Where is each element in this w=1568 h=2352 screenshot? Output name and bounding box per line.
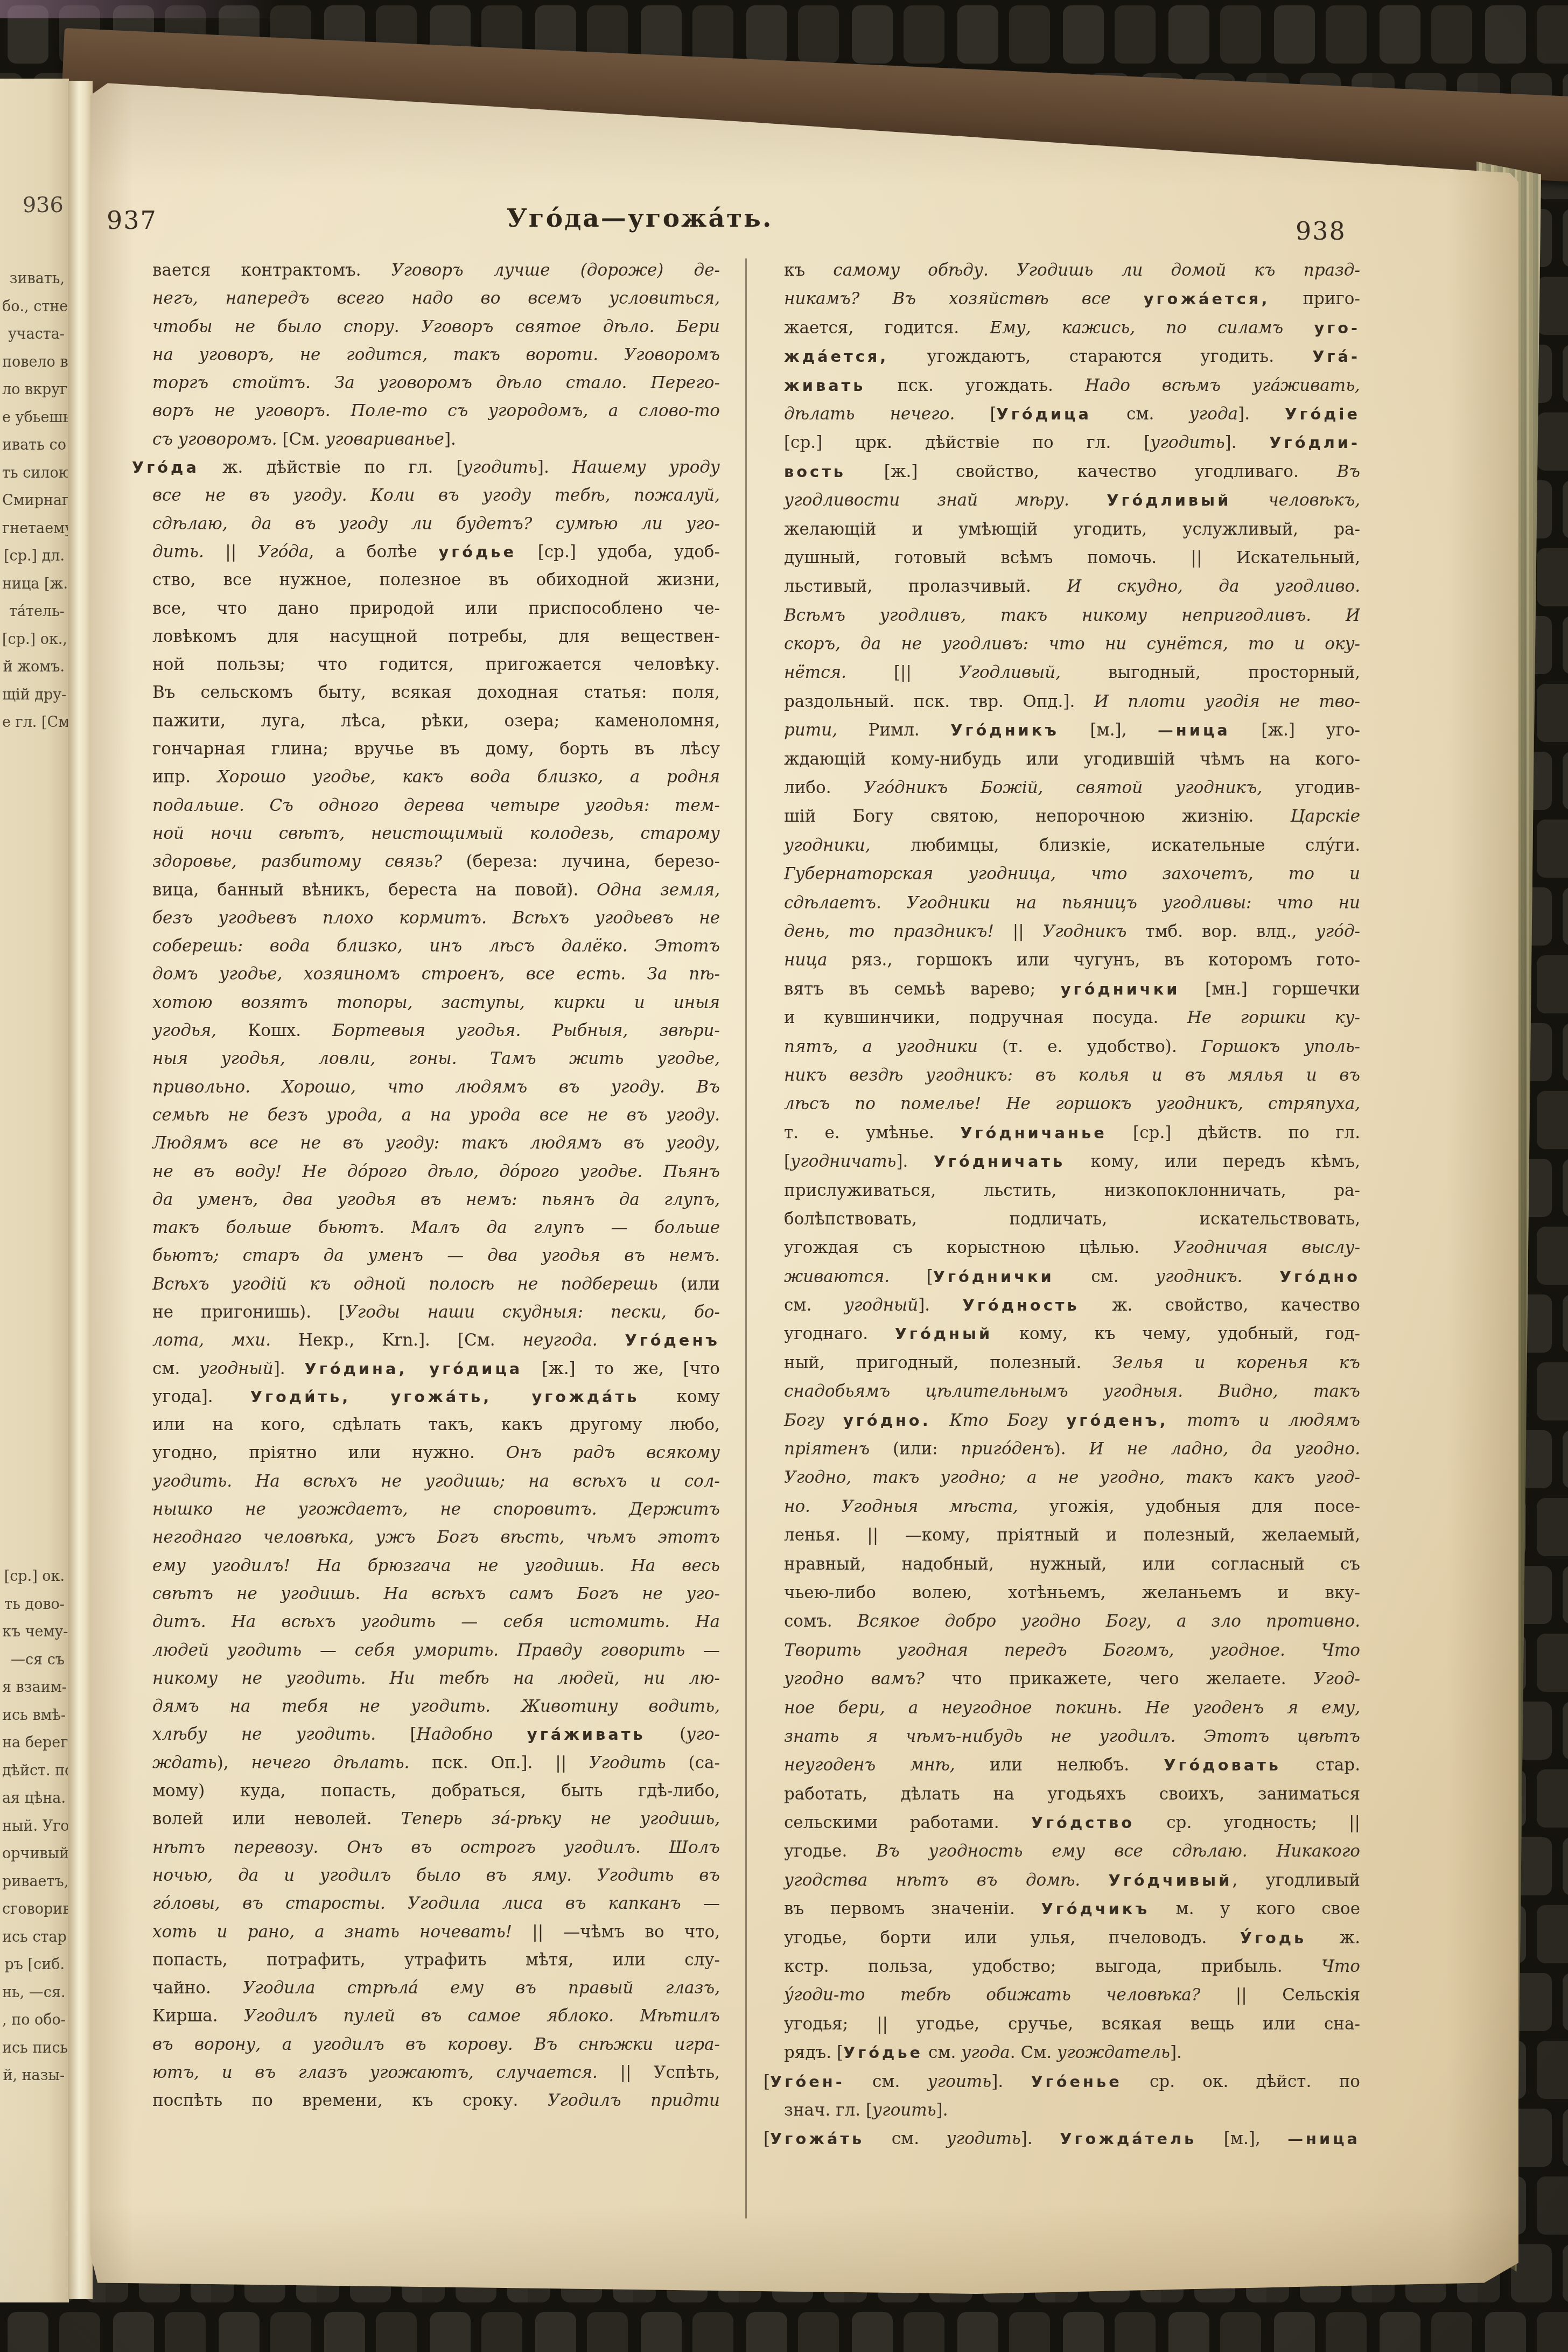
text-line: въ ворону, а угодилъ въ корову. Въ снѣжк… xyxy=(132,2031,720,2059)
facing-text-fragment: , по обо- xyxy=(2,2006,69,2034)
text-segment: хоть и рано, а знать ночевать! xyxy=(152,1922,512,1942)
text-segment: Зелья и коренья къ xyxy=(1112,1353,1360,1373)
text-segment: пажити, луга, лѣса, рѣки, озера; каменол… xyxy=(152,711,720,731)
text-line: либо. Уго́дникъ Божій, святой угодникъ, … xyxy=(764,774,1360,802)
text-segment: дямъ на тебя не угодить. Животину водить… xyxy=(152,1697,720,1716)
text-segment: Угожа́ть xyxy=(770,2130,864,2148)
text-segment: съ уговоромъ. xyxy=(152,430,277,449)
text-segment: ]. xyxy=(274,1359,305,1378)
text-segment: ]. xyxy=(918,1296,962,1315)
text-segment: угодить xyxy=(463,458,537,477)
text-line: т. е. умѣнье. Уго́дничанье [ср.] дѣйств.… xyxy=(764,1119,1360,1147)
text-line: сельскими работами. Уго́дство ср. угодно… xyxy=(764,1809,1360,1837)
text-line: кстр. польза, удобство; выгода, прибыль.… xyxy=(764,1952,1360,1981)
text-line: волей или неволей. Теперь за́-рѣку не уг… xyxy=(132,1805,720,1833)
text-segment: приго́денъ xyxy=(961,1439,1054,1459)
text-segment: ница xyxy=(784,950,828,970)
text-line: никому не угодить. Ни тебѣ на людей, ни … xyxy=(132,1664,720,1692)
text-segment: къ xyxy=(784,261,833,280)
text-line: угодья; || угодье, сручье, всякая вещь и… xyxy=(764,2010,1360,2039)
text-line: гончарная глина; вручье въ дому, борть в… xyxy=(132,735,720,763)
text-segment: угодье. xyxy=(784,1842,876,1861)
facing-text-fragment: зивать, xyxy=(2,265,69,293)
text-line: рити, Римл. Уго́дникъ [м.], —ница [ж.] у… xyxy=(764,716,1360,745)
text-line: душный, готовый всѣмъ помочь. || Искател… xyxy=(764,544,1360,572)
text-segment: угождатель xyxy=(1057,2043,1170,2062)
text-segment: лота, мхи. xyxy=(152,1331,271,1350)
text-segment: , а болѣе xyxy=(309,542,439,562)
text-segment: ной ночи свѣтъ, неистощимый колодезь, ст… xyxy=(152,824,720,843)
text-segment: угодничать xyxy=(790,1152,896,1171)
text-segment: ленья. || —кому, пріятный и полезный, же… xyxy=(784,1525,1360,1545)
text-segment: и кувшинчики, подручная посуда. xyxy=(784,1008,1187,1027)
text-segment: угождая съ корыстною цѣлью. xyxy=(784,1238,1173,1257)
text-segment: угодный xyxy=(844,1296,919,1315)
text-segment: угодно, пріятно или нужно. xyxy=(152,1443,506,1462)
text-segment: день, то праздникъ! xyxy=(784,922,994,941)
text-line: сдѣлаю, да въ угоду ли будетъ? сумѣю ли … xyxy=(132,510,720,538)
text-segment: угода]. xyxy=(152,1387,250,1406)
text-segment: угодить xyxy=(947,2129,1021,2148)
text-segment: или на кого, сдѣлать такъ, какъ другому … xyxy=(152,1415,720,1434)
text-line: пажити, луга, лѣса, рѣки, озера; каменол… xyxy=(132,707,720,735)
text-segment: Уго́дина, уго́дица xyxy=(304,1360,522,1378)
text-segment: да уменъ, два угодья въ немъ: пьянъ да г… xyxy=(152,1190,720,1209)
facing-text-fragment: ло вкругъ xyxy=(2,376,69,404)
facing-text-fragment: ивать со xyxy=(2,431,69,459)
text-segment: ждать xyxy=(152,1753,217,1773)
text-line: все не въ угоду. Коли въ угоду тебѣ, пож… xyxy=(132,481,720,509)
text-segment: что прикажете, чего желаете. xyxy=(925,1669,1313,1689)
text-line: вость [ж.] свойство, качество угодливаго… xyxy=(764,458,1360,486)
text-line: нѣтъ перевозу. Онъ въ острогъ угодилъ. Ш… xyxy=(132,1833,720,1861)
facing-text-fragment: дѣйст. по xyxy=(2,1757,69,1785)
text-line: дѣлать нечего. [Уго́дица см. угода]. Уго… xyxy=(764,400,1360,429)
text-segment: Бортевыя угодья. Рыбныя, звѣри- xyxy=(332,1021,720,1040)
text-segment: У́годь xyxy=(1240,1929,1307,1947)
text-line: день, то праздникъ! || Угодникъ тмб. вор… xyxy=(764,918,1360,946)
text-segment: м. у кого свое xyxy=(1150,1899,1360,1919)
text-segment: (береза: лучина, березо- xyxy=(442,852,720,871)
text-line: Губернаторская угодница, что захочетъ, т… xyxy=(764,860,1360,888)
text-segment: [ж.] уго- xyxy=(1230,720,1360,740)
text-line: хотою возятъ топоры, заступы, кирки и ин… xyxy=(132,989,720,1017)
text-segment: ). xyxy=(1054,1439,1089,1459)
text-segment: чьею-либо волею, хотѣньемъ, желаньемъ и … xyxy=(784,1583,1360,1602)
column-divider xyxy=(745,258,747,2218)
text-line: свѣтъ не угодишь. На всѣхъ самъ Богъ не … xyxy=(132,1580,720,1608)
text-line: Богу уго́дно. Кто Богу уго́денъ, тотъ и … xyxy=(764,1406,1360,1435)
text-segment: Некр., Krn.]. [См. xyxy=(271,1331,522,1350)
text-segment: раздольный. пск. твр. Опд.]. xyxy=(784,692,1094,711)
text-segment: Уго́дица xyxy=(997,405,1091,423)
text-line: нётся. [|| Угодливый, выгодный, просторн… xyxy=(764,659,1360,687)
text-segment: ство, все нужное, полезное въ обиходной … xyxy=(152,570,720,590)
text-line: не въ воду! Не до́рого дѣло, до́рого уго… xyxy=(132,1158,720,1186)
text-segment: Уго́да xyxy=(132,458,199,477)
text-segment xyxy=(1080,1871,1108,1890)
facing-text-fragment: й жомъ. xyxy=(2,653,69,681)
text-line: вятъ въ семьѣ варево; уго́днички [мн.] г… xyxy=(764,975,1360,1004)
text-line: ное бери, а неугодное покинь. Не угоденъ… xyxy=(764,1694,1360,1723)
text-segment: неугоденъ мнѣ, xyxy=(784,1755,955,1775)
text-segment: , угодливый xyxy=(1232,1871,1360,1890)
text-segment: угожа́ется, xyxy=(1144,290,1270,308)
text-segment: торгъ стойтъ. За уговоромъ дѣло стало. П… xyxy=(152,373,720,393)
text-segment: никому не угодить. Ни тебѣ на людей, ни … xyxy=(152,1669,720,1688)
text-line: попасть, потрафить, утрафить мѣтя, или с… xyxy=(132,1946,720,1974)
text-line: привольно. Хорошо, что людямъ въ угоду. … xyxy=(132,1073,720,1101)
text-line: но. Угодныя мѣста, угожія, удобныя для п… xyxy=(764,1493,1360,1521)
text-segment: стар. xyxy=(1281,1755,1360,1775)
text-segment: Уго́дли- xyxy=(1269,433,1360,452)
text-segment: || xyxy=(994,922,1043,941)
text-segment: Хорошо угодье, какъ вода близко, а родня xyxy=(218,767,720,787)
text-line: [Угожа́ть см. угодить]. Угожда́тель [м.]… xyxy=(764,2125,1360,2153)
text-segment xyxy=(493,1725,527,1744)
text-line: Людямъ все не въ угоду: такъ людямъ въ у… xyxy=(132,1129,720,1157)
text-segment: снадобьямъ цѣлительнымъ угодныя. Видно, … xyxy=(784,1382,1360,1401)
text-segment xyxy=(1048,1411,1067,1430)
text-segment: вятъ въ семьѣ варево; xyxy=(784,979,1061,999)
text-line: подальше. Съ одного дерева четыре угодья… xyxy=(132,792,720,820)
text-segment: уга́живать xyxy=(527,1725,646,1744)
text-line: сдѣлаетъ. Угодники на пьяницъ угодливы: … xyxy=(764,889,1360,918)
text-line: снадобьямъ цѣлительнымъ угодныя. Видно, … xyxy=(764,1377,1360,1406)
text-segment: живать xyxy=(784,376,866,395)
facing-text-fragment: бо., стне- xyxy=(2,293,69,321)
text-line: дямъ на тебя не угодить. Животину водить… xyxy=(132,1692,720,1720)
text-line: жда́ется, угождаютъ, стараются угодить. … xyxy=(764,342,1360,371)
text-line: ной пользы; что годится, пригожается чел… xyxy=(132,650,720,678)
facing-text-fragment: на берегу, xyxy=(2,1729,69,1757)
text-line: ной ночи свѣтъ, неистощимый колодезь, ст… xyxy=(132,820,720,848)
facing-text-fragment: ръ [сиб. xyxy=(2,1951,69,1979)
text-segment: ловѣкомъ для насущной потребы, для вещес… xyxy=(152,627,720,646)
text-segment: все не въ угоду. Коли въ угоду тебѣ, пож… xyxy=(152,486,720,505)
facing-text-fragment: ница [ж.] xyxy=(2,570,69,598)
text-segment: ему угодилъ! На брюзгача не угодишь. На … xyxy=(152,1556,720,1576)
text-segment: знать я чѣмъ-нибудь не угодилъ. Этотъ цв… xyxy=(784,1727,1360,1746)
text-segment: [См. xyxy=(277,430,326,449)
facing-page-number: 936 xyxy=(23,193,64,218)
text-segment: Кошх. xyxy=(216,1021,332,1040)
text-segment: въ ворону, а угодилъ въ корову. Въ снѣжк… xyxy=(152,2035,720,2054)
text-segment: прислуживаться, льстить, низкопоклоннича… xyxy=(784,1181,1360,1200)
text-segment: т. е. умѣнье. xyxy=(784,1123,960,1143)
text-segment: Уго́дство xyxy=(1031,1814,1135,1832)
text-segment: душный, готовый всѣмъ помочь. || Искател… xyxy=(784,548,1360,568)
text-segment: Теперь за́-рѣку не угодишь, xyxy=(401,1809,720,1829)
text-segment: [мн.] горшечки xyxy=(1180,979,1360,999)
text-segment: или нелюбъ. xyxy=(955,1755,1164,1775)
text-segment: Надобно xyxy=(417,1725,493,1744)
text-segment: бьютъ; старъ да уменъ — два угодья въ не… xyxy=(152,1246,720,1265)
text-line: знать я чѣмъ-нибудь не угодилъ. Этотъ цв… xyxy=(764,1723,1360,1751)
text-segment: И плоти угодія не тво- xyxy=(1094,692,1360,711)
text-line: лѣсъ по помелье! Не горшокъ угодникъ, ст… xyxy=(764,1090,1360,1118)
text-segment: см. xyxy=(1091,404,1189,424)
text-segment: кому, къ чему, удобный, год- xyxy=(992,1324,1360,1343)
text-line: хоть и рано, а знать ночевать! || —чѣмъ … xyxy=(132,1918,720,1946)
text-segment: угодье, борти или улья, пчеловодъ. xyxy=(784,1928,1240,1948)
text-segment: сомъ. xyxy=(784,1612,857,1631)
text-segment: Надо всѣмъ уга́живать, xyxy=(1085,376,1360,395)
text-segment: Людямъ все не въ угоду: такъ людямъ въ у… xyxy=(152,1133,720,1153)
facing-text-fragment: е убьешь. xyxy=(2,404,69,432)
text-segment: неугода. xyxy=(523,1331,598,1350)
text-segment: угодья; || угодье, сручье, всякая вещь и… xyxy=(784,2014,1360,2034)
text-segment: [м.], xyxy=(1196,2129,1287,2148)
text-segment: угодья, xyxy=(152,1021,216,1040)
text-segment: жается, годится. xyxy=(784,318,990,338)
facing-text-fragment: ть силою xyxy=(2,459,69,487)
text-segment: [ср.] црк. дѣйствіе по гл. [ xyxy=(784,433,1150,452)
text-segment: ]. xyxy=(1021,2129,1060,2148)
text-line: вается контрактомъ. Уговоръ лучше (дорож… xyxy=(132,256,720,284)
text-segment: желающій и умѣющій угодить, услужливый, … xyxy=(784,520,1360,539)
text-segment: Онъ радъ всякому xyxy=(506,1443,720,1462)
text-line: раздольный. пск. твр. Опд.]. И плоти уго… xyxy=(764,688,1360,716)
text-segment: Уго́дничать xyxy=(934,1152,1066,1171)
text-line: [Уго́ен- см. угоить]. Уго́енье ср. ок. д… xyxy=(764,2068,1360,2096)
text-segment: ж. свойство, качество xyxy=(1080,1296,1360,1315)
text-segment: Угодничая выслу- xyxy=(1173,1238,1360,1257)
text-line: см. угодный]. Уго́дина, уго́дица [ж.] то… xyxy=(132,1355,720,1383)
text-segment: угодливости знай мѣру. xyxy=(784,491,1069,510)
facing-text-fragment: ая цѣна. xyxy=(2,1784,69,1812)
text-line: ство, все нужное, полезное въ обиходной … xyxy=(132,566,720,594)
text-segment: угодить xyxy=(1150,433,1224,452)
text-segment: Уго́дникъ Божій, святой угодникъ, xyxy=(864,778,1262,797)
facing-page-fragments-top: зивать,бо., стне-участа-повело въло вкру… xyxy=(2,265,69,737)
text-segment: уго́д- xyxy=(1316,922,1360,941)
text-line: скоръ, да не угодливъ: что ни сунётся, т… xyxy=(764,630,1360,659)
text-segment: (т. е. удобство). xyxy=(978,1037,1201,1056)
text-segment: ]. xyxy=(537,458,572,477)
text-line: ный, пригодный, полезный. Зелья и корень… xyxy=(764,1349,1360,1377)
text-segment: вица, банный вѣникъ, береста на повой). xyxy=(152,880,597,900)
text-segment: Богу xyxy=(784,1411,824,1430)
text-segment: Уго́дничанье xyxy=(960,1124,1107,1142)
text-line: соберешь: вода близко, инъ лѣсъ далёко. … xyxy=(132,932,720,960)
text-line: прислуживаться, льстить, низкопоклоннича… xyxy=(764,1177,1360,1205)
text-line: негоднаго человѣка, ужъ Богъ вѣсть, чѣмъ… xyxy=(132,1523,720,1551)
facing-text-fragment: е гл. [См. xyxy=(2,709,69,737)
text-segment: [м.], xyxy=(1059,720,1158,740)
text-line: болѣпствовать, подличать, искательствова… xyxy=(764,1205,1360,1234)
text-segment: Губернаторская угодница, что захочетъ, т… xyxy=(784,864,1360,884)
dictionary-page: 937 Уго́да—угожа́ть. 938 вается контракт… xyxy=(90,75,1518,2294)
text-segment: ]. xyxy=(897,1152,934,1171)
text-segment: кому xyxy=(640,1387,720,1406)
text-segment: волей или неволей. xyxy=(152,1809,401,1829)
text-segment: Уго́днички xyxy=(933,1268,1054,1286)
text-line: го́ловы, въ старосты. Угодила лиса въ ка… xyxy=(132,1889,720,1917)
text-segment: нётся. xyxy=(784,663,846,682)
text-segment: . См. xyxy=(1010,2043,1057,2062)
facing-text-fragment: сговорив- xyxy=(2,1895,69,1923)
facing-text-fragment: ись пись- xyxy=(2,2034,69,2062)
text-segment: вость xyxy=(784,463,846,481)
facing-text-fragment: щій дру- xyxy=(2,681,69,709)
text-segment: ]. xyxy=(936,2101,948,2120)
text-segment: безъ угодьевъ плохо кормитъ. Всѣхъ угодь… xyxy=(152,908,720,928)
text-segment: Уго́денъ xyxy=(625,1331,720,1349)
text-segment: нравный, надобный, нужный, или согласный… xyxy=(784,1555,1360,1574)
text-segment: Уго́енье xyxy=(1031,2073,1122,2091)
text-segment: чтобы не было спору. Уговоръ святое дѣло… xyxy=(152,317,720,337)
text-segment: Всѣмъ угодливъ, такъ никому непригодливъ… xyxy=(784,606,1360,625)
text-segment: кстр. польза, удобство; выгода, прибыль. xyxy=(784,1957,1321,1976)
text-segment: Угодникъ xyxy=(1043,922,1127,941)
text-segment: Уго́діе xyxy=(1285,405,1360,423)
text-segment: [ср.] дѣйств. по гл. xyxy=(1107,1123,1360,1143)
text-segment: Уго́дникъ xyxy=(950,721,1059,739)
text-segment: Въ xyxy=(1337,462,1360,481)
text-line: работать, дѣлать на угодьяхъ своихъ, зан… xyxy=(764,1780,1360,1809)
text-segment: Угожда́тель xyxy=(1060,2130,1196,2148)
text-line: негъ, напередъ всего надо во всемъ услов… xyxy=(132,284,720,312)
text-segment: угодный xyxy=(199,1359,274,1378)
text-segment: Угод- xyxy=(1313,1669,1360,1689)
facing-text-fragment: ть дово- xyxy=(2,1591,69,1619)
text-segment: Уго́дно xyxy=(1279,1268,1360,1286)
text-segment: Уго́дность xyxy=(963,1296,1080,1314)
text-segment: лѣсъ по помелье! Не горшокъ угодникъ, ст… xyxy=(784,1094,1360,1114)
facing-text-fragment: повело въ xyxy=(2,348,69,376)
text-segment: хлѣбу не угодить. xyxy=(152,1725,376,1744)
text-segment: Уго́довать xyxy=(1164,1756,1281,1774)
text-line: ему угодилъ! На брюзгача не угодишь. На … xyxy=(132,1552,720,1580)
text-segment: И скудно, да угодливо. xyxy=(1067,577,1360,596)
text-segment: на уговоръ, не годится, такъ вороти. Уго… xyxy=(152,345,720,365)
text-line: ница ряз., горшокъ или чугунъ, въ которо… xyxy=(764,946,1360,975)
right-column: къ самому обѣду. Угодишь ли домой къ пра… xyxy=(764,256,1360,2154)
text-segment: Что xyxy=(1321,1957,1360,1976)
text-segment: см. xyxy=(152,1359,199,1378)
text-segment: пріятенъ xyxy=(784,1439,870,1459)
text-segment: Въ угодность ему все сдѣлаю. Никакого xyxy=(876,1842,1360,1861)
text-line: жается, годится. Ему, кажись, по силамъ … xyxy=(764,314,1360,342)
facing-text-fragment: Смирнаго xyxy=(2,487,69,515)
text-segment: ]. xyxy=(1225,433,1270,452)
text-line: мому) куда, попасть, добраться, быть гдѣ… xyxy=(132,1777,720,1805)
text-segment: пск. Оп.]. || xyxy=(409,1753,589,1773)
text-segment: || Сельскія xyxy=(1200,1985,1360,2005)
text-line: людей угодить — себя уморить. Правду гов… xyxy=(132,1636,720,1664)
text-line: угодья, Кошх. Бортевыя угодья. Рыбныя, з… xyxy=(132,1017,720,1045)
text-line: Угодно, такъ угодно; а не угодно, такъ к… xyxy=(764,1464,1360,1492)
text-segment: поспѣть по времени, къ сроку. xyxy=(152,2091,548,2110)
text-segment: Въ сельскомъ быту, всякая доходная стать… xyxy=(152,683,720,702)
text-segment: хотою возятъ топоры, заступы, кирки и ин… xyxy=(152,993,720,1012)
text-segment: угожія, удобныя для посе- xyxy=(1018,1497,1360,1516)
text-segment: тотъ и людямъ xyxy=(1187,1411,1360,1430)
text-line: угодье. Въ угодность ему все сдѣлаю. Ник… xyxy=(764,1837,1360,1866)
text-line: угодить. На всѣхъ не угодишь; на всѣхъ и… xyxy=(132,1467,720,1495)
text-segment: уго- xyxy=(686,1725,720,1744)
text-segment: дѣлать нечего. xyxy=(784,404,955,424)
text-segment xyxy=(1069,491,1107,510)
text-line: льстивый, пролазчивый. И скудно, да угод… xyxy=(764,572,1360,601)
text-segment: см. xyxy=(923,2043,961,2062)
text-segment: ср. угодность; || xyxy=(1135,1813,1360,1832)
text-segment: Царскіе xyxy=(1291,807,1361,826)
text-segment: нечего дѣлать. xyxy=(251,1753,409,1773)
facing-text-fragment: [ср.] ок. xyxy=(2,1563,69,1591)
text-segment: чайно. xyxy=(152,1978,243,1998)
text-segment: Творить угодная передъ Богомъ, угодное. … xyxy=(784,1641,1360,1660)
text-segment: соберешь: вода близко, инъ лѣсъ далёко. … xyxy=(152,936,720,956)
text-segment: Угодилъ пулей въ самое яблоко. Мѣтилъ xyxy=(244,2006,720,2026)
text-line: знач. гл. [угоить]. xyxy=(764,2096,1360,2125)
text-line: [угодничать]. Уго́дничать кому, или пере… xyxy=(764,1147,1360,1176)
text-segment: Уго́дный xyxy=(895,1325,993,1343)
text-line: чьею-либо волею, хотѣньемъ, желаньемъ и … xyxy=(764,1579,1360,1607)
text-segment xyxy=(1231,491,1268,510)
text-segment xyxy=(598,1331,625,1350)
text-segment: угоить xyxy=(872,2101,936,2120)
text-segment: болѣпствовать, подличать, искательствова… xyxy=(784,1209,1360,1229)
text-segment: ср. ок. дѣйст. по xyxy=(1122,2072,1360,2091)
text-segment: угода xyxy=(1189,404,1238,424)
text-segment: см. xyxy=(784,1296,844,1315)
text-segment: кому, или передъ кѣмъ, xyxy=(1065,1152,1360,1171)
text-segment: ]. xyxy=(1238,404,1285,424)
text-segment: мому) куда, попасть, добраться, быть гдѣ… xyxy=(152,1781,720,1801)
facing-text-fragment: гнетаему, xyxy=(2,515,69,543)
text-segment: рядъ. [ xyxy=(784,2043,843,2062)
text-segment: [ xyxy=(764,2072,770,2091)
facing-page-fragments-bottom: [ср.] ок.ть дово-къ чему-—ся съя взаим-и… xyxy=(2,1563,69,2090)
text-line: въ первомъ значеніи. Уго́дчикъ м. у кого… xyxy=(764,1895,1360,1923)
text-line: Всѣхъ угодій къ одной полосѣ не подбереш… xyxy=(132,1270,720,1298)
text-segment: Одна земля, xyxy=(597,880,720,900)
text-line: неугоденъ мнѣ, или нелюбъ. Уго́довать ст… xyxy=(764,1751,1360,1780)
text-line: вица, банный вѣникъ, береста на повой). … xyxy=(132,876,720,904)
text-segment: уго́денъ, xyxy=(1067,1411,1168,1430)
text-segment: Угодить xyxy=(589,1753,666,1773)
text-segment: воръ не уговоръ. Поле-то съ угородомъ, а… xyxy=(152,401,720,421)
text-line: такъ больше бьютъ. Малъ да глупъ — больш… xyxy=(132,1214,720,1242)
text-line: угоднаго. Уго́дный кому, къ чему, удобны… xyxy=(764,1320,1360,1348)
text-line: угодно, пріятно или нужно. Онъ радъ всяк… xyxy=(132,1439,720,1467)
text-line: живаются. [Уго́днички см. угодникъ. Уго́… xyxy=(764,1263,1360,1291)
text-line: нравный, надобный, нужный, или согласный… xyxy=(764,1550,1360,1579)
text-line: Творить угодная передъ Богомъ, угодное. … xyxy=(764,1636,1360,1665)
text-segment: угоднаго. xyxy=(784,1324,895,1343)
text-line: и кувшинчики, подручная посуда. Не горшк… xyxy=(764,1004,1360,1032)
text-line: здоровье, разбитому связь? (береза: лучи… xyxy=(132,848,720,876)
text-line: пятъ, а угодники (т. е. удобство). Горшо… xyxy=(764,1033,1360,1061)
text-line: торгъ стойтъ. За уговоромъ дѣло стало. П… xyxy=(132,369,720,397)
text-line: угода]. Угоди́ть, угожа́ть, угожда́ть ко… xyxy=(132,1383,720,1411)
text-line: на уговоръ, не годится, такъ вороти. Уго… xyxy=(132,341,720,369)
text-segment: Уга́- xyxy=(1312,347,1360,366)
text-segment: никамъ? Въ хозяйствѣ все xyxy=(784,289,1111,309)
text-line: ютъ, и въ глазъ угожаютъ, случается. || … xyxy=(132,2059,720,2087)
text-segment: го́ловы, въ старосты. Угодила лиса въ ка… xyxy=(152,1894,720,1913)
text-segment: [ж.] то же, [что xyxy=(522,1359,720,1378)
text-line: нышко не угождаетъ, не споровитъ. Держит… xyxy=(132,1495,720,1523)
text-line: Всѣмъ угодливъ, такъ никому непригодливъ… xyxy=(764,601,1360,630)
text-segment: нѣтъ перевозу. Онъ въ острогъ угодилъ. Ш… xyxy=(152,1838,720,1857)
text-line: семьѣ не безъ урода, а на урода все не в… xyxy=(132,1101,720,1129)
text-segment xyxy=(931,1411,950,1430)
text-segment: любимцы, близкіе, искательные слу́ги. xyxy=(871,836,1360,855)
text-segment: Угодилъ придти xyxy=(548,2091,720,2110)
